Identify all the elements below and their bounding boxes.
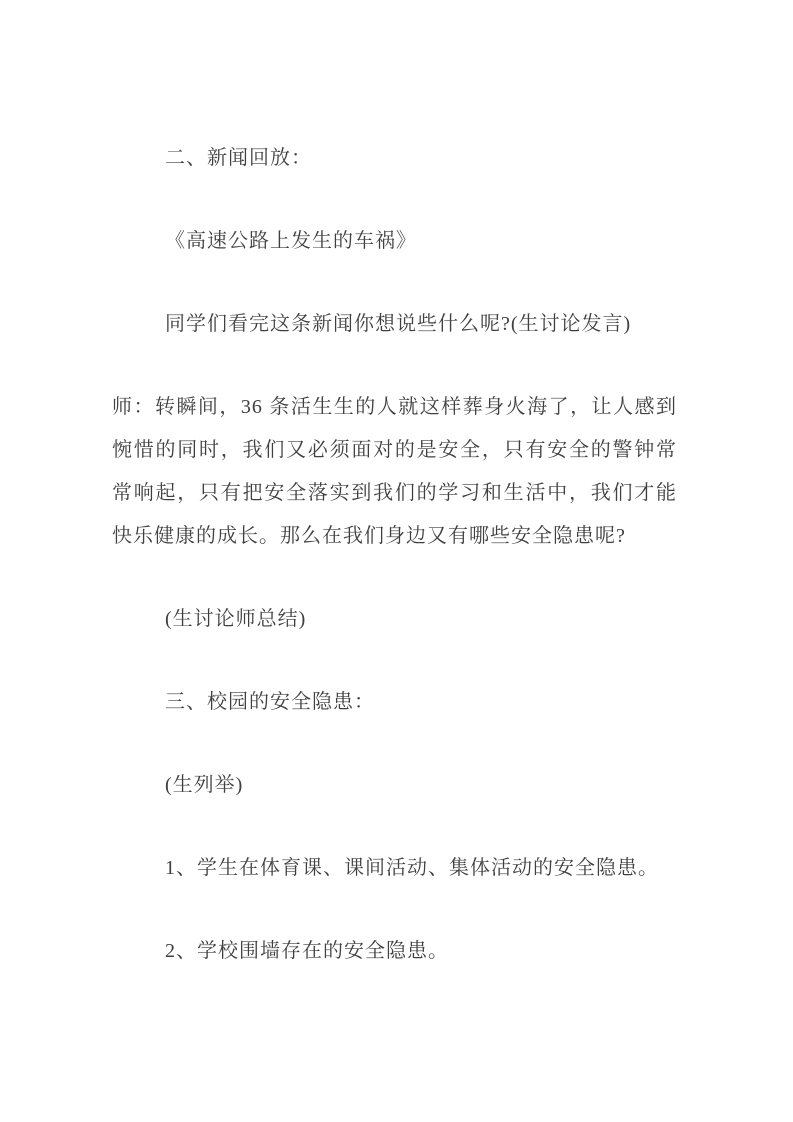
discussion-question: 同学们看完这条新闻你想说些什么呢?(生讨论发言) bbox=[112, 303, 677, 346]
list-item-1: 1、学生在体育课、课间活动、集体活动的安全隐患。 bbox=[112, 847, 677, 890]
news-title: 《高速公路上发生的车祸》 bbox=[112, 220, 677, 263]
activity-note-listing: (生列举) bbox=[112, 764, 677, 807]
section-heading-news-replay: 二、新闻回放： bbox=[112, 137, 677, 180]
section-heading-campus-hazards: 三、校园的安全隐患： bbox=[112, 681, 677, 724]
list-item-2: 2、学校围墙存在的安全隐患。 bbox=[112, 930, 677, 973]
activity-note-discussion: (生讨论师总结) bbox=[112, 598, 677, 641]
teacher-summary-paragraph: 师：转瞬间，36 条活生生的人就这样葬身火海了，让人感到惋惜的同时，我们又必须面… bbox=[112, 386, 677, 558]
document-page: 二、新闻回放： 《高速公路上发生的车祸》 同学们看完这条新闻你想说些什么呢?(生… bbox=[0, 0, 793, 1122]
